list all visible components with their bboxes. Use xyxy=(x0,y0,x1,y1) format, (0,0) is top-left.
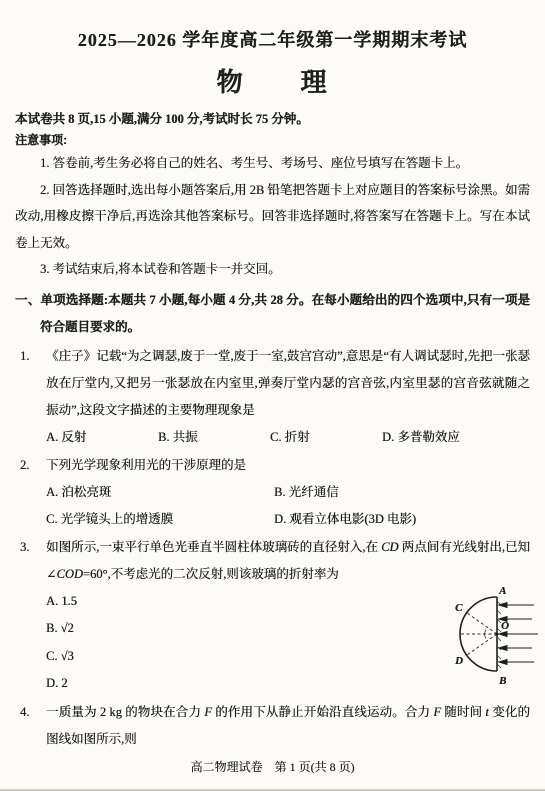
q1-option-b: B. 共振 xyxy=(158,424,270,451)
note-2: 2. 回答选择题时,选出每小题答案后,用 2B 铅笔把答题卡上对应题目的答案标号… xyxy=(15,177,530,257)
q1-option-d: D. 多普勒效应 xyxy=(382,424,530,451)
label-C: C xyxy=(455,602,463,614)
question-2-text: 下列光学现象利用光的干涉原理的是 xyxy=(46,458,246,472)
question-1-number: 1. xyxy=(20,343,46,451)
question-1: 1. 《庄子》记载“为之调瑟,废于一堂,废于一室,鼓宫宫动”,意思是“有人调试瑟… xyxy=(20,343,530,451)
label-B: B xyxy=(498,675,506,687)
question-3-text: 如图所示,一束平行单色光垂直半圆柱体玻璃砖的直径射入,在 CD 两点间有光线射出… xyxy=(46,540,530,581)
note-3: 3. 考试结束后,将本试卷和答题卡一并交回。 xyxy=(15,256,530,283)
label-O: O xyxy=(501,620,509,632)
page-footer: 高二物理试卷 第 1 页(共 8 页) xyxy=(0,758,545,775)
q1-option-c: C. 折射 xyxy=(270,424,382,451)
question-3-number: 3. xyxy=(20,534,46,698)
exam-subject: 物 理 xyxy=(15,62,530,99)
question-2: 2. 下列光学现象利用光的干涉原理的是 A. 泊松亮斑 B. 光纤通信 C. 光… xyxy=(20,452,530,533)
question-1-options: A. 反射 B. 共振 C. 折射 D. 多普勒效应 xyxy=(46,424,530,451)
exam-title: 2025—2026 学年度高二年级第一学期期末考试 xyxy=(15,26,530,52)
dashed-rays xyxy=(460,612,497,654)
q2-option-b: B. 光纤通信 xyxy=(274,479,530,506)
notes-heading: 注意事项: xyxy=(15,131,530,148)
question-2-options: A. 泊松亮斑 B. 光纤通信 C. 光学镜头上的增透膜 D. 观看立体电影(3… xyxy=(46,479,530,533)
q2-option-c: C. 光学镜头上的增透膜 xyxy=(46,506,274,533)
exam-info-line: 本试卷共 8 页,15 小题,满分 100 分,考试时长 75 分钟。 xyxy=(15,109,530,127)
question-1-text: 《庄子》记载“为之调瑟,废于一堂,废于一室,鼓宫宫动”,意思是“有人调试瑟时,先… xyxy=(46,349,530,417)
label-D: D xyxy=(454,655,463,667)
q2-option-a: A. 泊松亮斑 xyxy=(46,479,274,506)
note-1: 1. 答卷前,考生务必将自己的姓名、考生号、考场号、座位号填写在答题卡上。 xyxy=(15,150,530,177)
exam-page: 2025—2026 学年度高二年级第一学期期末考试 物 理 本试卷共 8 页,1… xyxy=(0,0,545,791)
question-4-text: 一质量为 2 kg 的物块在合力 F 的作用下从静止开始沿直线运动。合力 F 随… xyxy=(46,705,530,746)
question-4-number: 4. xyxy=(20,699,46,753)
q3-figure-glass-brick: A B C D O xyxy=(442,584,542,689)
question-2-number: 2. xyxy=(20,452,46,533)
q2-option-d: D. 观看立体电影(3D 电影) xyxy=(274,506,530,533)
question-4: 4. 一质量为 2 kg 的物块在合力 F 的作用下从静止开始沿直线运动。合力 … xyxy=(20,699,530,753)
section-1-heading: 一、单项选择题:本题共 7 小题,每小题 4 分,共 28 分。在每小题给出的四… xyxy=(15,287,530,341)
label-A: A xyxy=(498,585,506,597)
q1-option-a: A. 反射 xyxy=(46,424,158,451)
question-3: 3. 如图所示,一束平行单色光垂直半圆柱体玻璃砖的直径射入,在 CD 两点间有光… xyxy=(20,534,530,698)
semicircular-glass-diagram: A B C D O xyxy=(442,584,542,689)
incident-ray-arrows xyxy=(499,602,538,664)
